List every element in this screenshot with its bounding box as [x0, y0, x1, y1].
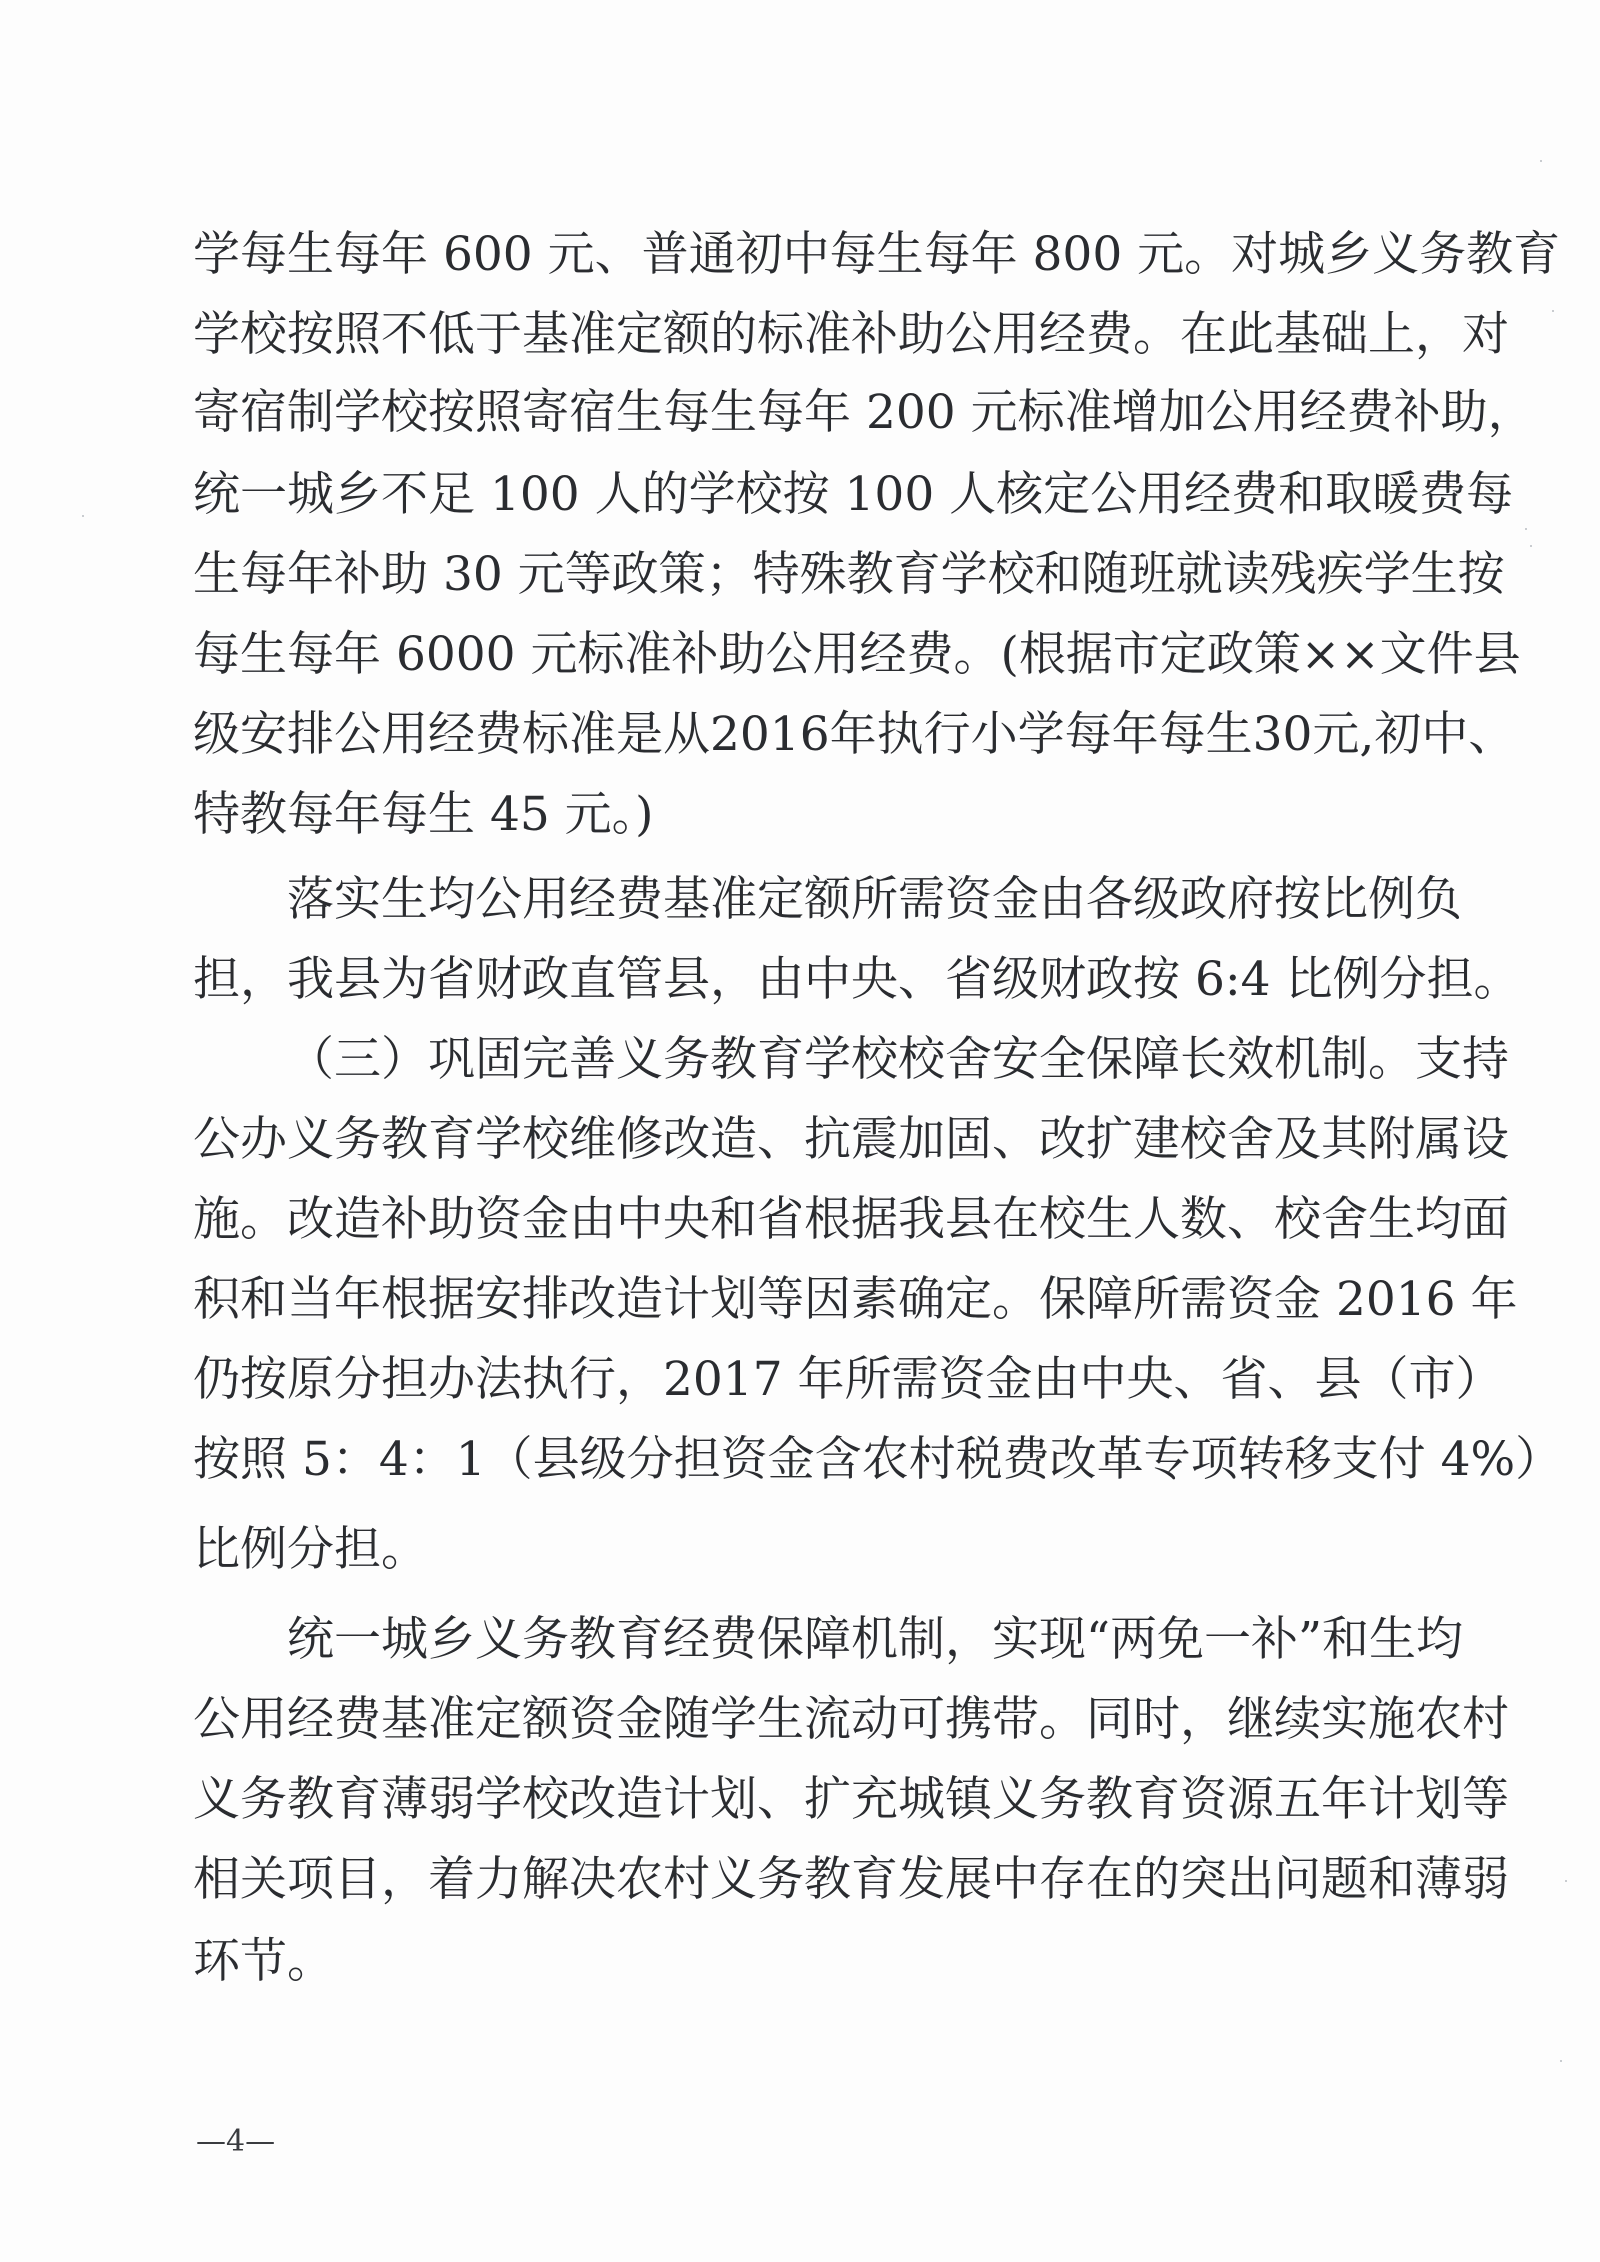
text-line: 统一城乡不足 100 人的学校按 100 人核定公用经费和取暖费每 — [193, 465, 1383, 525]
text-line: 每生每年 6000 元标准补助公用经费。(根据市定政策××文件县 — [193, 625, 1383, 685]
text-line: 按照 5：4：1（县级分担资金含农村税费改革专项转移支付 4%） — [193, 1430, 1383, 1490]
text-line: 义务教育薄弱学校改造计划、扩充城镇义务教育资源五年计划等 — [193, 1770, 1383, 1830]
scan-speck — [1552, 310, 1554, 312]
text-line: 生每年补助 30 元等政策；特殊教育学校和随班就读残疾学生按 — [193, 545, 1383, 605]
document-page: 学每生每年 600 元、普通初中每生每年 800 元。对城乡义务教育学校按照不低… — [0, 0, 1600, 2262]
scan-speck — [1530, 545, 1532, 547]
text-line: 担，我县为省财政直管县，由中央、省级财政按 6:4 比例分担。 — [193, 950, 1383, 1010]
scan-speck — [1565, 1880, 1567, 1882]
scan-speck — [82, 515, 84, 517]
text-line: 仍按原分担办法执行，2017 年所需资金由中央、省、县（市） — [193, 1350, 1383, 1410]
text-line: 公用经费基准定额资金随学生流动可携带。同时，继续实施农村 — [193, 1690, 1383, 1750]
text-line: 学每生每年 600 元、普通初中每生每年 800 元。对城乡义务教育 — [193, 225, 1383, 285]
text-line: 寄宿制学校按照寄宿生每生每年 200 元标准增加公用经费补助， — [193, 383, 1383, 443]
text-line: 相关项目，着力解决农村义务教育发展中存在的突出问题和薄弱 — [193, 1850, 1383, 1910]
text-line: 学校按照不低于基准定额的标准补助公用经费。在此基础上，对 — [193, 305, 1383, 365]
text-line: 级安排公用经费标准是从2016年执行小学每年每生30元,初中、 — [193, 705, 1383, 765]
text-line: 比例分担。 — [193, 1520, 1383, 1580]
text-line: 特教每年每生 45 元。) — [193, 785, 1383, 845]
text-line: 公办义务教育学校维修改造、抗震加固、改扩建校舍及其附属设 — [193, 1110, 1383, 1170]
text-line: 环节。 — [193, 1932, 1383, 1992]
page-number: —4— — [196, 2122, 275, 2162]
text-line: 落实生均公用经费基准定额所需资金由各级政府按比例负 — [287, 870, 1383, 930]
text-line: 统一城乡义务教育经费保障机制，实现“两免一补”和生均 — [287, 1610, 1383, 1670]
scan-speck — [1560, 2060, 1562, 2062]
text-line: （三）巩固完善义务教育学校校舍安全保障长效机制。支持 — [287, 1030, 1383, 1090]
text-line: 施。改造补助资金由中央和省根据我县在校生人数、校舍生均面 — [193, 1190, 1383, 1250]
scan-speck — [1540, 160, 1542, 162]
scan-speck — [1525, 528, 1527, 530]
text-line: 积和当年根据安排改造计划等因素确定。保障所需资金 2016 年 — [193, 1270, 1383, 1330]
